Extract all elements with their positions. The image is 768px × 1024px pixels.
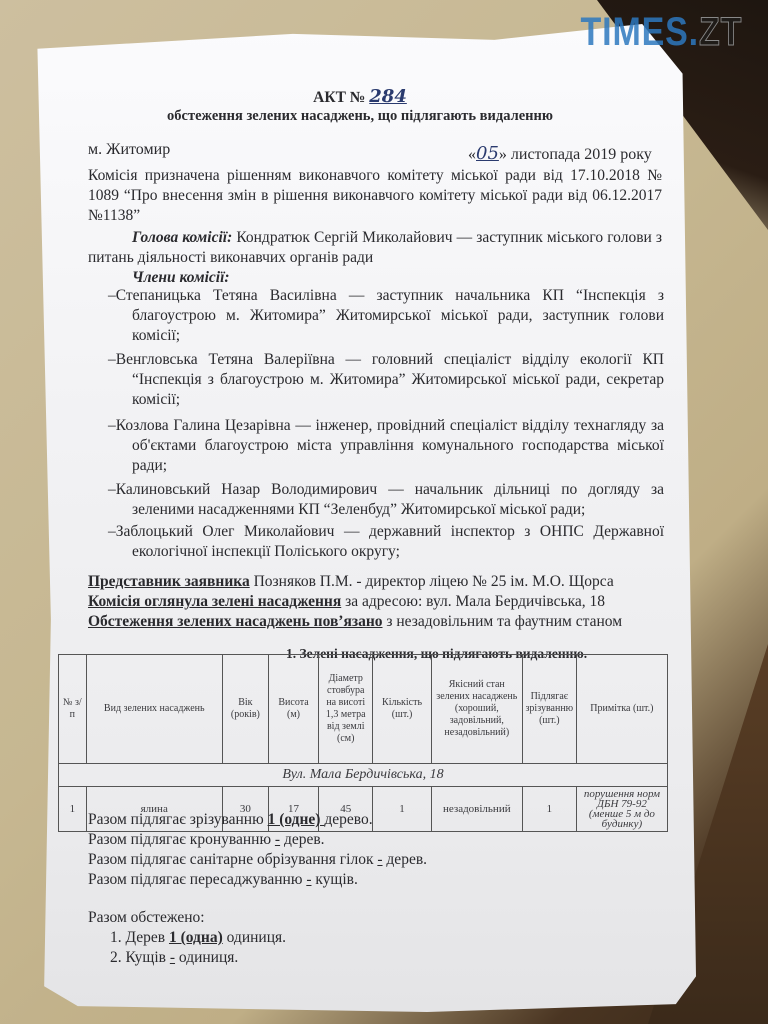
times-zt-watermark-logo: TIMES.ZT	[580, 10, 742, 55]
total-crown: Разом підлягає кронуванню - дерев.	[88, 830, 325, 850]
act-date: «05» листопада 2019 року	[468, 144, 652, 165]
col-header: Вид зелених насаджень	[86, 655, 222, 764]
member-item: –Заблоцький Олег Миколайович — державний…	[108, 522, 664, 562]
inspected-bushes: 2. Кущів - одиниця.	[110, 948, 238, 968]
member-item: –Козлова Галина Цезарівна — інженер, про…	[108, 416, 664, 476]
document-page: АКТ № 284 обстеження зелених насаджень, …	[24, 24, 696, 1016]
table-street-row: Вул. Мала Бердичівська, 18	[59, 764, 668, 787]
col-header: Якісний стан зелених насаджень (хороший,…	[431, 655, 522, 764]
trees-table: № з/п Вид зелених насаджень Вік (років) …	[58, 654, 668, 832]
col-header: Висота (м)	[268, 655, 318, 764]
inspected-trees: 1. Дерев 1 (одна) одиниця.	[110, 928, 286, 948]
col-header: Вік (років)	[222, 655, 268, 764]
col-header: № з/п	[59, 655, 87, 764]
members-label: Члени комісії:	[132, 268, 230, 288]
reason-line: Обстеження зелених насаджень пов’язано з…	[88, 612, 622, 632]
member-item: –Венгловська Тетяна Валеріївна — головни…	[108, 350, 664, 410]
col-header: Кількість (шт.)	[373, 655, 431, 764]
act-title: АКТ № 284	[24, 87, 696, 108]
col-header: Діаметр стовбура на висоті 1,3 метра від…	[319, 655, 373, 764]
total-cut: Разом підлягає зрізуванню 1 (одне) дерев…	[88, 810, 373, 830]
street-name: Вул. Мала Бердичівська, 18	[59, 764, 668, 787]
total-sanitary: Разом підлягає санітарне обрізування гіл…	[88, 850, 427, 870]
inspected-address-line: Комісія оглянула зелені насадження за ад…	[88, 592, 605, 612]
commission-head: Голова комісії: Кондратюк Сергій Миколай…	[88, 228, 662, 268]
table-header-row: № з/п Вид зелених насаджень Вік (років) …	[59, 655, 668, 764]
col-header: Підлягає зрізуванню (шт.)	[522, 655, 576, 764]
member-item: –Калиновський Назар Володимирович — нача…	[108, 480, 664, 520]
member-item: –Степаницька Тетяна Василівна — заступни…	[108, 286, 664, 346]
col-header: Примітка (шт.)	[576, 655, 667, 764]
act-number: 284	[369, 86, 407, 107]
city: м. Житомир	[88, 140, 170, 160]
inspected-total-title: Разом обстежено:	[88, 908, 205, 928]
applicant-line: Представник заявника Позняков П.М. - дир…	[88, 572, 614, 592]
total-replant: Разом підлягає пересаджуванню - кущів.	[88, 870, 358, 890]
staple-icon	[54, 39, 80, 46]
commission-intro: Комісія призначена рішенням виконавчого …	[88, 166, 662, 226]
act-subtitle: обстеження зелених насаджень, що підляга…	[24, 106, 696, 126]
